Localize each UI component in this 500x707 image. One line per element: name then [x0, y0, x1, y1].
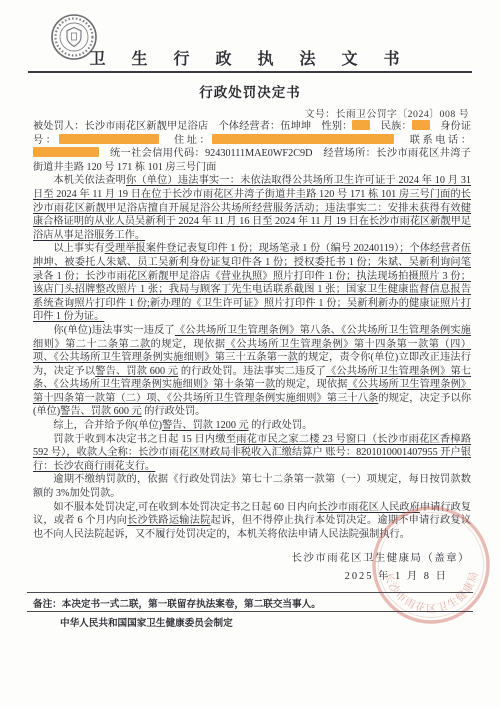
text-run: 以上事实有: [53, 243, 104, 254]
underlined-text-run: 警告、罚款 1200 元: [162, 420, 249, 431]
penalty-basis-paragraph: 你(单位)违法事实一违反了《公共场所卫生管理条例》第八条、《公共场所卫生管理条例…: [33, 324, 471, 419]
text-run: 综上，合并给予你(单位): [53, 420, 162, 431]
text-run: 联系电话：: [394, 135, 471, 146]
payment-instructions-paragraph: 罚款于收到本决定书之日起 15 日内缴至雨花市民之家二楼 23 号窗口（长沙市雨…: [33, 433, 471, 474]
document-title: 行政处罚决定书: [0, 81, 500, 101]
remark-divider-top: [27, 592, 473, 593]
underlined-text-run: 长沙市雨花区人民政府: [317, 502, 419, 513]
text-run: 的规定，现依据: [275, 379, 347, 390]
underlined-text-run: 长沙铁路运输法院: [127, 515, 210, 526]
text-run: 本机关依法查明: [53, 175, 126, 186]
remark-note: 备注：本决定书一式二联，第一联留存执法案卷，第二联交当事人。: [33, 596, 321, 610]
penalty-summary-paragraph: 综上，合并给予你(单位)警告、罚款 1200 元 的行政处罚。: [33, 419, 471, 433]
evidence-paragraph: 以上事实有受理举报案件登记表复印件 1 份；现场笔录 1 份（编号 202401…: [33, 242, 471, 324]
underlined-text-run: 警告、罚款 600 元: [60, 406, 142, 417]
text-run: 的规定，现依据: [151, 339, 226, 350]
document-number: 文号：长雨卫公罚字〔2024〕008 号: [305, 106, 469, 120]
underlined-text-run: 警告、罚款 600 元: [95, 366, 178, 377]
appeal-rights-paragraph: 如不服本处罚决定,可在收到本处罚决定书之日起 60 日内向长沙市雨花区人民政府申…: [33, 501, 471, 542]
redaction-bar: [59, 134, 159, 144]
emblem-shield-icon: [67, 28, 81, 47]
issue-date: 2025 年 1 月 8 日: [345, 567, 448, 582]
document-body: 被处罚人：长沙市雨花区新靓甲足浴店 个体经营者：伍坤坤 性别： 民族： 身份证号…: [33, 120, 471, 541]
text-run: 你(单位)违法事实一违反了: [53, 325, 175, 336]
document-number-label: 文号：: [305, 109, 336, 120]
text-run: 被处罚人：长沙市雨花区新靓甲足浴店 个体经营者：伍坤坤 性别：: [33, 121, 352, 132]
text-run: 住址：: [159, 135, 213, 146]
text-run: 逾期不缴纳罚款的，依据《行政处罚法》第七十二条第一款第（一）项规定，每日按罚款数…: [33, 474, 471, 499]
issuer-note: 中华人民共和国国家卫生健康委员会制定: [60, 615, 233, 629]
redaction-bar: [352, 120, 370, 130]
text-run: 的行政处罚。: [249, 420, 313, 431]
late-fee-paragraph: 逾期不缴纳罚款的，依据《行政处罚法》第七十二条第一款第（一）项规定，每日按罚款数…: [33, 473, 471, 500]
underlined-text-run: 受理举报案件登记表复印件 1 份；现场笔录 1 份（编号 20240119）；个…: [33, 243, 471, 322]
party-info-paragraph: 被处罚人：长沙市雨花区新靓甲足浴店 个体经营者：伍坤坤 性别： 民族： 身份证号…: [33, 120, 471, 174]
redaction-bar: [412, 120, 430, 130]
text-run: 的行政处罚。: [142, 406, 206, 417]
redaction-bar: [33, 147, 99, 157]
text-run: 如不服本处罚决定,可在收到本处罚决定书之日起 60 日内向: [53, 502, 317, 513]
redaction-bar: [212, 134, 394, 144]
header-divider: [28, 71, 472, 73]
text-run: 统一社会信用代码：92430111MAE0WF2C9D 经营场所：长沙市雨花区井…: [33, 148, 471, 173]
remark-divider-bottom: [27, 611, 473, 612]
form-type-title: 卫 生 行 政 执 法 文 书: [0, 46, 500, 69]
violation-facts-paragraph: 本机关依法查明你（单位）违法事实一：未依法取得公共场所卫生许可证于 2024 年…: [33, 174, 471, 242]
issuing-authority: 长沙市雨花区卫生健康局（盖章）: [292, 549, 470, 564]
text-run: 罚款于收到本决定书之日起 15 日内缴至: [53, 434, 236, 445]
document-number-value: 长雨卫公罚字〔2024〕008 号: [336, 109, 469, 120]
text-run: 的行政处罚。违法事实二违反了: [178, 366, 326, 377]
text-run: 民族：: [370, 121, 411, 132]
penalty-decision-document: 卫 生 行 政 执 法 文 书 行政处罚决定书 文号：长雨卫公罚字〔2024〕0…: [0, 0, 500, 707]
